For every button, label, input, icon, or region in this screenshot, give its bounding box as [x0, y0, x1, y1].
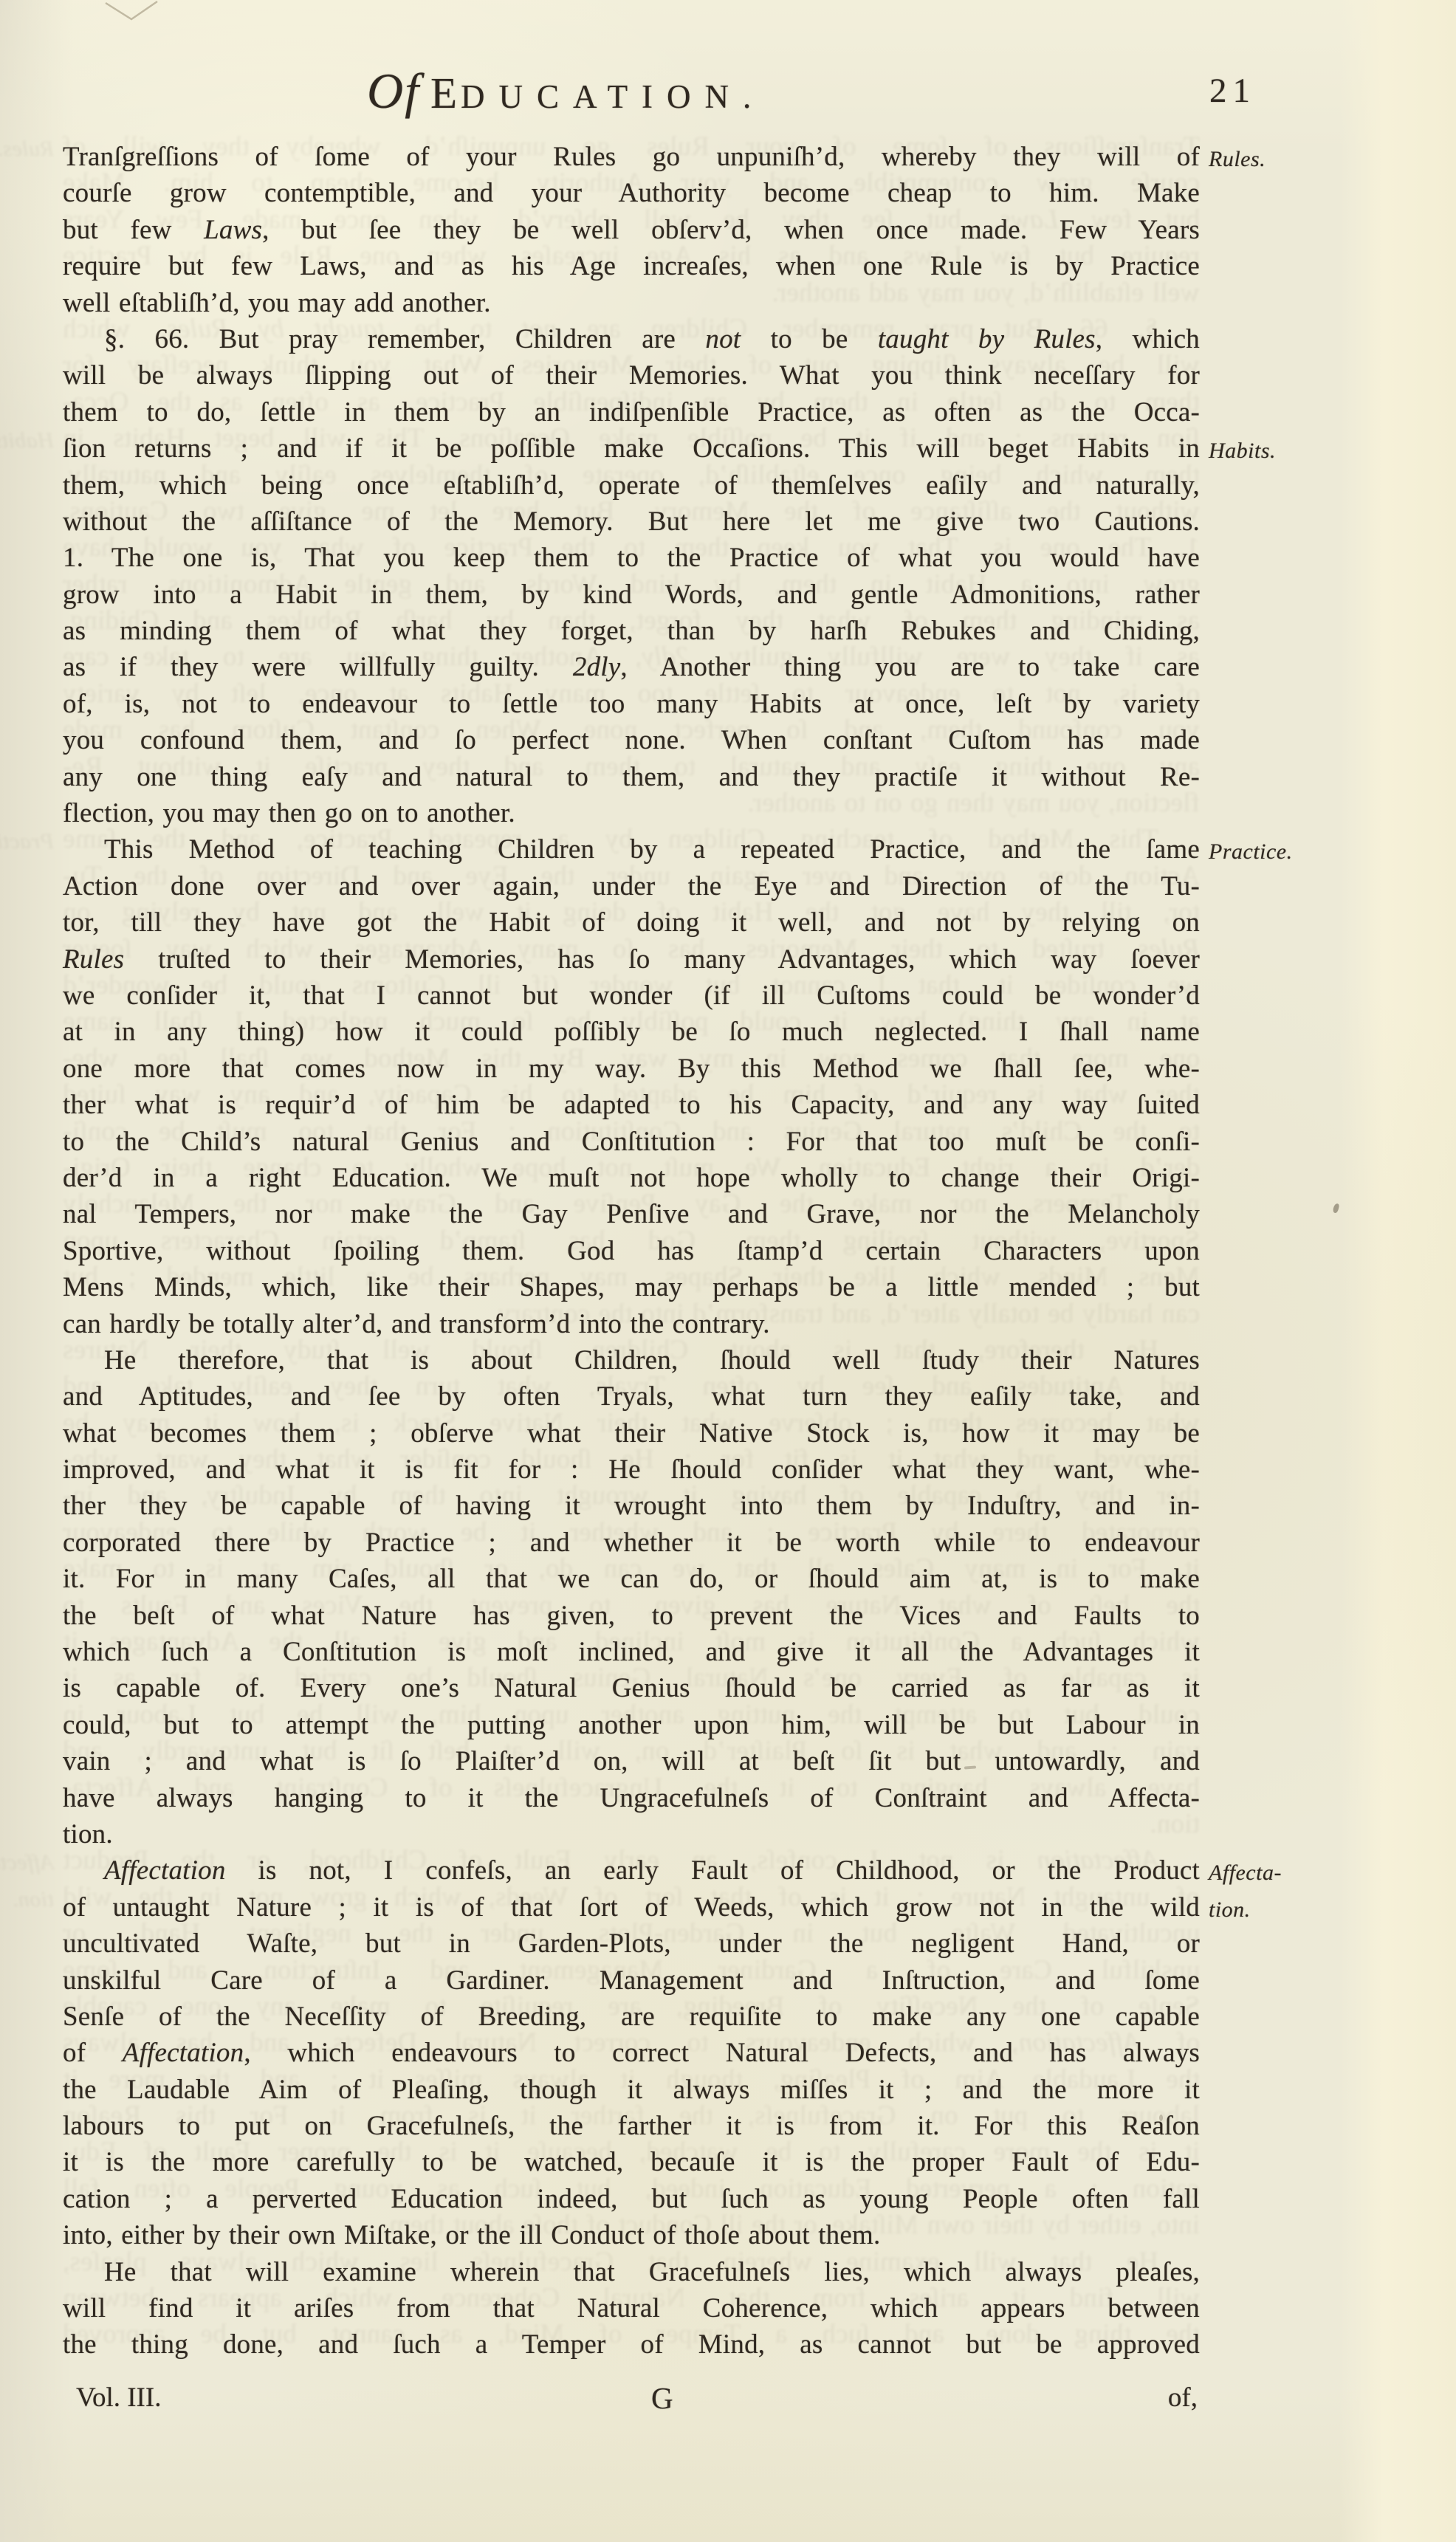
text-line: it. For in many Caſes, all that we can d… [63, 1561, 1200, 1597]
text-line: the Laudable Aim of Pleaſing, though it … [63, 2072, 1200, 2108]
text-line: Mens Minds, which, like their Shapes, ma… [63, 1269, 1200, 1305]
text-line: will find it ariſes from that Natural Co… [63, 2290, 1200, 2326]
text-line: cation ; a perverted Education indeed, b… [63, 2181, 1200, 2217]
margin-note: tion. [1209, 1892, 1251, 1928]
title-spaced-caps: DUCATION. [461, 78, 765, 115]
text-line: without the aſſiſtance of the Memory. Bu… [63, 504, 1200, 540]
text-line: but few Laws, but ſee they be well obſer… [63, 212, 1200, 248]
text-line: at in any thing) how it could poſſibly b… [63, 1014, 1200, 1050]
text-line: der’d in a right Education. We muſt not … [63, 1160, 1200, 1196]
text-line: could, but to attempt the putting anothe… [63, 1707, 1200, 1743]
signature-mark: G [651, 2380, 673, 2416]
text-line: labours to put on Gracefulneſs, the fart… [63, 2108, 1200, 2144]
margin-note: Rules. [1209, 141, 1266, 177]
text-line: of, is, not to endeavour to ſettle too m… [63, 686, 1200, 722]
text-line: and Aptitudes, and ſee by often Tryals, … [63, 1378, 1200, 1415]
text-line: Affectation is not, I confeſs, an early … [63, 1852, 1200, 1889]
text-line: tor, till they have got the Habit of doi… [63, 904, 1200, 941]
text-line: Sportive, without ſpoiling them. God has… [63, 1233, 1200, 1269]
text-line: grow into a Habit in them, by kind Words… [63, 577, 1200, 613]
text-line: corporated there by Practice ; and wheth… [63, 1525, 1200, 1561]
text-line: This Method of teaching Children by a re… [63, 831, 1200, 868]
text-line: Rules truſted to their Memories, has ſo … [63, 941, 1200, 978]
page-number: 21 [1209, 71, 1256, 111]
text-line: tion. [63, 1816, 1200, 1852]
text-line: them to do, ſettle in them by an indiſpe… [63, 394, 1200, 430]
text-line: you confound them, and ſo perfect none. … [63, 722, 1200, 758]
margin-note: Affecta- [1209, 1855, 1282, 1891]
book-page-scan: OfEDUCATION. 21 Tranſgreſſions of ſome o… [0, 0, 1456, 2542]
text-line: 1. The one is, That you keep them to the… [63, 540, 1200, 576]
ink-speck [1333, 1203, 1340, 1213]
text-line: ther they be capable of having it wrough… [63, 1488, 1200, 1524]
volume-label: Vol. III. [76, 2382, 161, 2414]
text-line: of Affectation, which endeavours to corr… [63, 2035, 1200, 2071]
text-line: vain ; and what is ſo Plaiſter’d on, wil… [63, 1743, 1200, 1779]
text-line: is capable of. Every one’s Natural Geniu… [63, 1670, 1200, 1706]
text-line: well eſtabliſh’d, you may add another. [63, 285, 1200, 321]
text-line: as minding them of what they forget, tha… [63, 613, 1200, 649]
text-line: require but few Laws, and as his Age inc… [63, 248, 1200, 284]
text-line: have always hanging to it the Ungraceful… [63, 1780, 1200, 1816]
text-line: courſe grow contemptible, and your Autho… [63, 175, 1200, 211]
text-line: improved, and what it is fit for : He ſh… [63, 1452, 1200, 1488]
margin-note: Practice. [1209, 834, 1293, 870]
margin-note: Habits. [1209, 433, 1276, 469]
text-line: nal Tempers, nor make the Gay Penſive an… [63, 1196, 1200, 1232]
text-line: ther what is requir’d of him be adapted … [63, 1087, 1200, 1123]
text-line: can hardly be totally alter’d, and trans… [63, 1306, 1200, 1342]
text-line: which ſuch a Conſtitution is moſt inclin… [63, 1634, 1200, 1670]
text-line: Tranſgreſſions of ſome of your Rules go … [63, 139, 1200, 175]
text-line: one more that comes now in my way. By th… [63, 1051, 1200, 1087]
text-line: to the Child’s natural Genius and Conſti… [63, 1124, 1200, 1160]
text-line: we conſider it, that I cannot but wonder… [63, 978, 1200, 1014]
text-line: as if they were willfully guilty. 2dly, … [63, 649, 1200, 685]
text-line: §. 66. But pray remember, Children are n… [63, 321, 1200, 357]
text-line: what becomes them ; obſerve what their N… [63, 1415, 1200, 1452]
text-line: unskilful Care of a Gardiner. Management… [63, 1962, 1200, 1999]
catchword: of, [1071, 2382, 1198, 2414]
text-line: into, either by their own Miſtake, or th… [63, 2217, 1200, 2253]
text-line: ſion returns ; and if it be poſſible mak… [63, 430, 1200, 467]
text-line: will be always ſlipping out of their Mem… [63, 357, 1200, 394]
title-word-of: Of [367, 63, 420, 119]
text-line: any one thing eaſy and natural to them, … [63, 759, 1200, 795]
page-title: OfEDUCATION. [367, 62, 765, 120]
text-line: them, which being once eſtabliſh’d, oper… [63, 467, 1200, 504]
text-line: Senſe of the Neceſſity of Breeding, are … [63, 1999, 1200, 2035]
text-line: flection, you may then go on to another. [63, 795, 1200, 831]
paper-fold-mark [0, 0, 192, 30]
text-line: it is the more carefully to be watched, … [63, 2144, 1200, 2180]
text-line: the thing done, and ſuch a Temper of Min… [63, 2326, 1200, 2363]
title-initial-cap: E [430, 69, 457, 117]
text-line: He therefore, that is about Children, ſh… [63, 1342, 1200, 1378]
text-line: He that will examine wherein that Gracef… [63, 2254, 1200, 2290]
text-column: Tranſgreſſions of ſome of your Rules go … [63, 139, 1200, 2363]
text-line: of untaught Nature ; it is of that ſort … [63, 1889, 1200, 1926]
text-line: Action done over and over again, under t… [63, 868, 1200, 904]
text-line: the beſt of what Nature has given, to pr… [63, 1598, 1200, 1634]
text-line: uncultivated Waſte, but in Garden-Plots,… [63, 1926, 1200, 1962]
